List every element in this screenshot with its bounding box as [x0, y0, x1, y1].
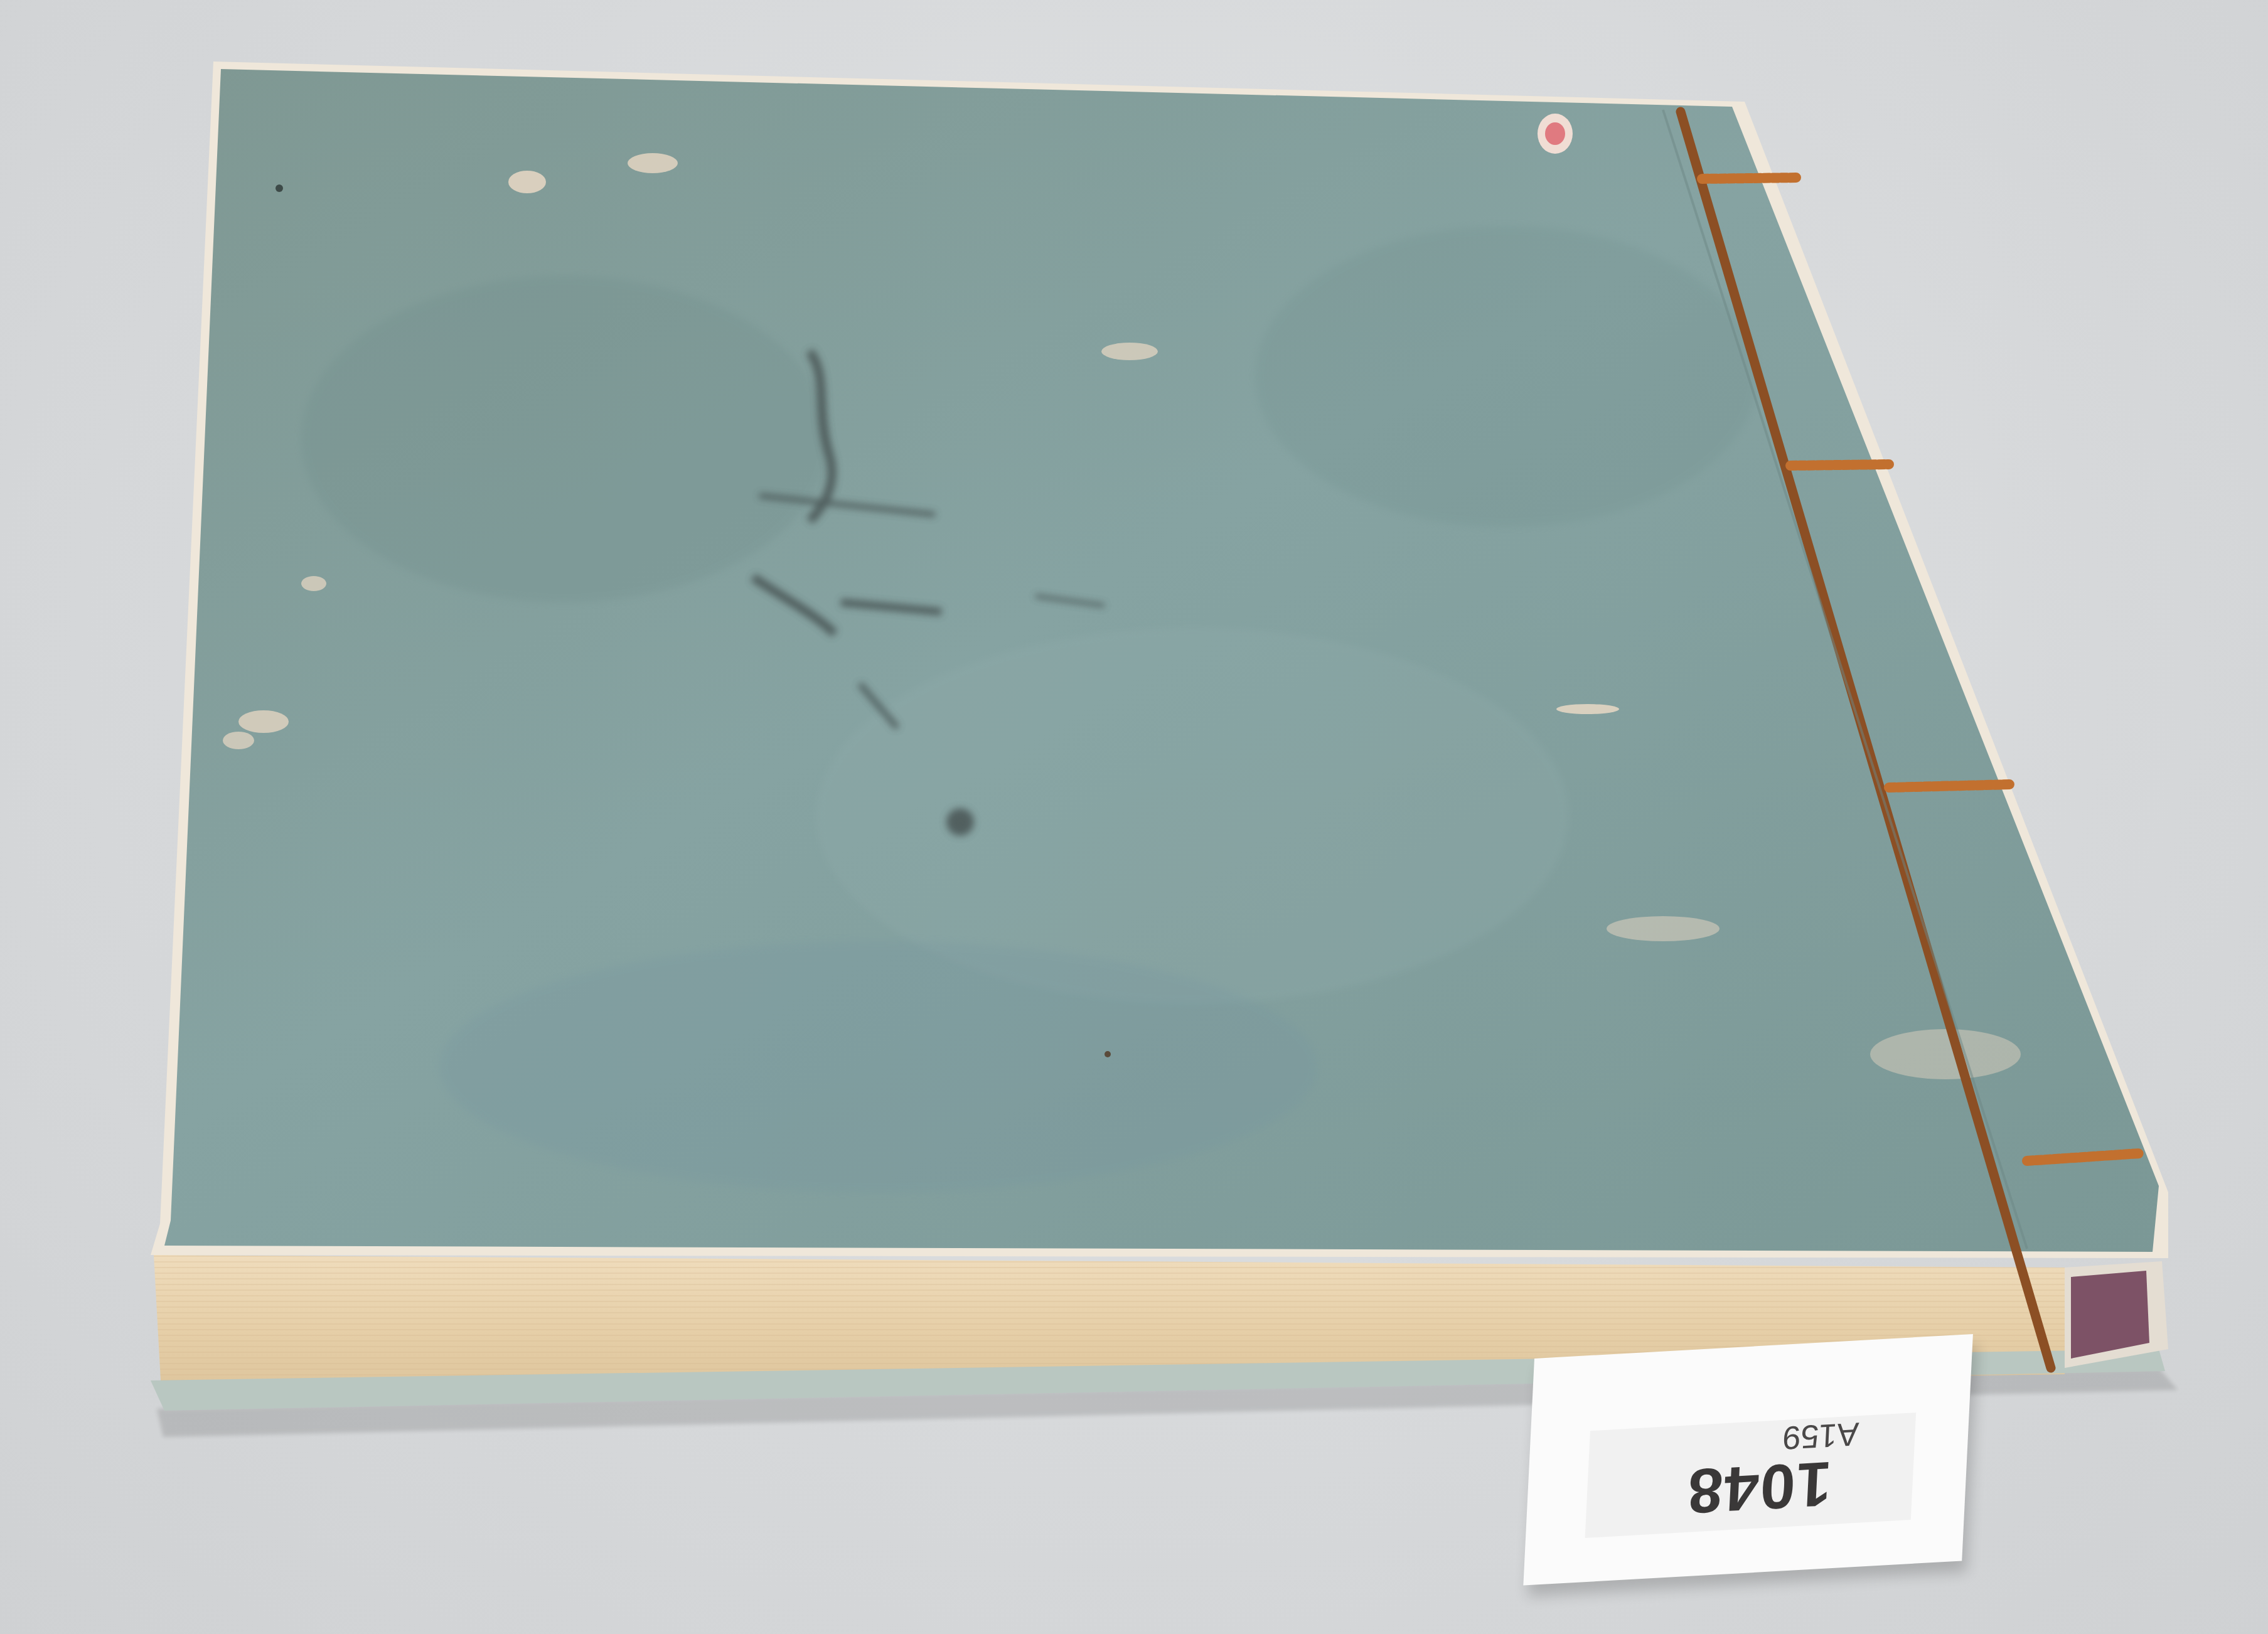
lot-code: A159 — [1782, 1414, 1859, 1456]
stitch-2 — [1790, 464, 1889, 466]
stitch-3 — [1889, 784, 2011, 788]
lot-number: 1048 — [1685, 1447, 1833, 1527]
stitch-1 — [1702, 178, 1798, 179]
lot-card: 1048 A159 — [1523, 1334, 1973, 1586]
lot-card-label-area: 1048 A159 — [1585, 1412, 1917, 1538]
spine-cloth — [2065, 1261, 2168, 1368]
front-cover — [151, 61, 2168, 1258]
photo-scene: 1048 A159 — [0, 0, 2268, 1634]
